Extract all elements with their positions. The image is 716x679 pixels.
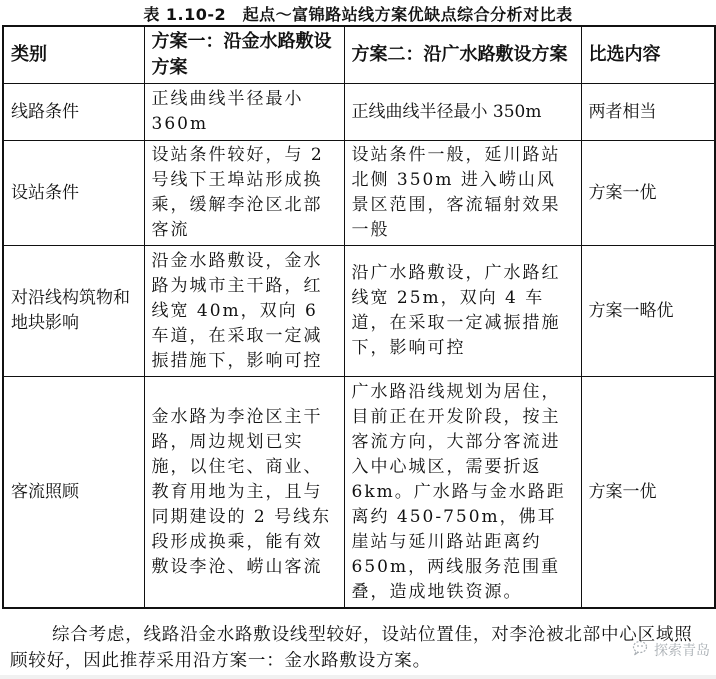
table-row: 对沿线构筑物和地块影响 沿金水路敷设，金水路为城市主干路，红线宽 40m，双向 … (3, 246, 715, 377)
watermark: 探索青岛 (632, 640, 710, 660)
watermark-text: 探索青岛 (654, 640, 710, 660)
cell-option1: 设站条件较好，与 2 号线下王埠站形成换乘，缓解李沧区北部客流 (144, 141, 344, 246)
table-row: 设站条件 设站条件较好，与 2 号线下王埠站形成换乘，缓解李沧区北部客流 设站条… (3, 141, 715, 246)
cell-result: 方案一略优 (581, 246, 715, 377)
cell-option1: 正线曲线半径最小360m (144, 84, 344, 141)
bottom-strip (0, 675, 716, 679)
cell-option2: 正线曲线半径最小 350m (344, 84, 581, 141)
cell-category: 客流照顾 (3, 377, 144, 609)
cell-option2: 设站条件一般，延川路站北侧 350m 进入崂山风景区范围，客流辐射效果一般 (344, 141, 581, 246)
cell-option1: 金水路为李沧区主干路，周边规划已实施，以住宅、商业、教育用地为主，且与同期建设的… (144, 377, 344, 609)
table-caption: 表 1.10-2 起点～富锦路站线方案优缺点综合分析对比表 (0, 2, 716, 25)
cell-category: 设站条件 (3, 141, 144, 246)
wechat-icon (632, 640, 650, 660)
header-category: 类别 (3, 26, 144, 84)
header-option1: 方案一：沿金水路敷设方案 (144, 26, 344, 84)
table-row: 客流照顾 金水路为李沧区主干路，周边规划已实施，以住宅、商业、教育用地为主，且与… (3, 377, 715, 609)
cell-result: 方案一优 (581, 141, 715, 246)
conclusion-paragraph: 综合考虑，线路沿金水路敷设线型较好，设站位置佳，对李沧被北部中心区域照顾较好，因… (10, 622, 710, 674)
cell-option2: 广水路沿线规划为居住，目前正在开发阶段，按主客流方向，大部分客流进入中心城区，需… (344, 377, 581, 609)
header-result: 比选内容 (581, 26, 715, 84)
comparison-table: 类别 方案一：沿金水路敷设方案 方案二：沿广水路敷设方案 比选内容 线路条件 正… (2, 25, 716, 609)
cell-category: 对沿线构筑物和地块影响 (3, 246, 144, 377)
table-header-row: 类别 方案一：沿金水路敷设方案 方案二：沿广水路敷设方案 比选内容 (3, 26, 715, 84)
cell-category: 线路条件 (3, 84, 144, 141)
cell-option1: 沿金水路敷设，金水路为城市主干路，红线宽 40m，双向 6 车道，在采取一定减振… (144, 246, 344, 377)
header-option2: 方案二：沿广水路敷设方案 (344, 26, 581, 84)
cell-option2: 沿广水路敷设，广水路红线宽 25m，双向 4 车道，在采取一定减振措施下，影响可… (344, 246, 581, 377)
table-row: 线路条件 正线曲线半径最小360m 正线曲线半径最小 350m 两者相当 (3, 84, 715, 141)
cell-result: 两者相当 (581, 84, 715, 141)
cell-result: 方案一优 (581, 377, 715, 609)
